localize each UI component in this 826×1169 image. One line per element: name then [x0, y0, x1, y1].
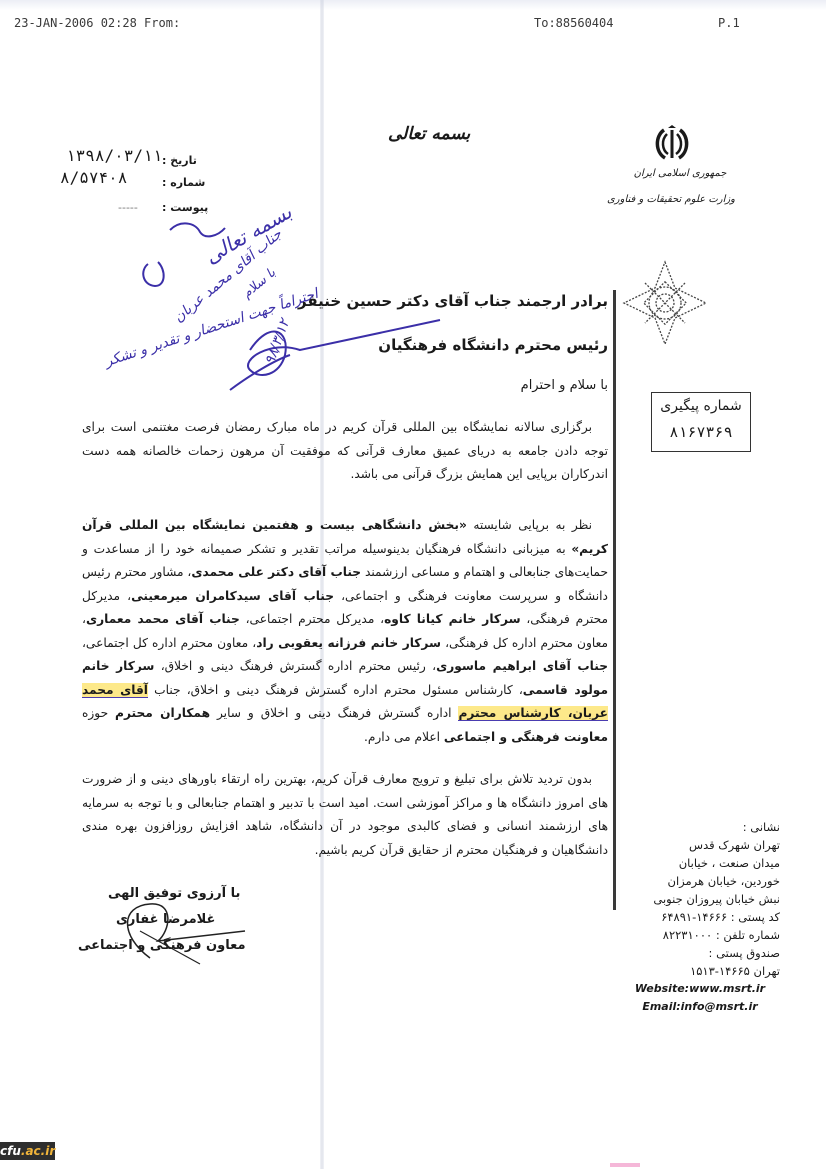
department-name: معاونت فرهنگی و اجتماعی: [444, 730, 608, 744]
badge-suffix: .ac.ir: [21, 1144, 55, 1158]
text-run: اعلام می دارم.: [364, 730, 444, 744]
website-link[interactable]: Website:www.msrt.ir: [620, 980, 780, 998]
letterhead-country: جمهوری اسلامی ایران: [620, 168, 740, 179]
person-name: جناب آقای دکتر علی محمدی: [191, 565, 361, 579]
scan-edge-mark: [610, 1163, 640, 1167]
besmeh-heading: بسمه تعالی: [388, 124, 470, 144]
address-line: تهران شهرک قدس: [620, 836, 780, 854]
text-run: همکاران محترم: [115, 706, 210, 720]
arabesque-ornament-icon: [620, 258, 710, 348]
person-name: سرکار خانم فرزانه یعقوبی راد: [256, 636, 441, 650]
text-run: ، کارشناس مسئول محترم اداره گسترش فرهنگ …: [148, 683, 523, 697]
ministry-address: نشانی : تهران شهرک قدس میدان صنعت ، خیاب…: [620, 818, 780, 1016]
person-name: جناب آقای محمد معماری: [86, 612, 240, 626]
text-run: اداره گسترش فرهنگ دینی و اخلاق و سایر: [210, 706, 458, 720]
tracking-label: شماره پیگیری: [652, 393, 750, 419]
letterhead-ministry: وزارت علوم تحقیقات و فناوری: [596, 194, 746, 205]
paragraph-appreciation: نظر به برپایی شایسته «بخش دانشگاهی بیست …: [82, 514, 608, 749]
fax-page-number: P.1: [718, 16, 740, 30]
person-name: جناب آقای ابراهیم ماسوری: [436, 659, 608, 673]
text-run: ، مدیرکل محترم اجتماعی،: [240, 612, 384, 626]
po-box-label: صندوق پستی :: [620, 944, 780, 962]
badge-prefix: cfu: [0, 1144, 21, 1158]
scan-top-edge: [0, 0, 826, 10]
vertical-rule: [613, 290, 616, 910]
phone-number: شماره تلفن : ۸۲۲۳۱۰۰۰: [620, 926, 780, 944]
text-run: نظر به برپایی شایسته: [467, 518, 592, 532]
date-label: تاریخ :: [162, 154, 197, 167]
fax-header: 23-JAN-2006 02:28 From: To:88560404 P.1: [0, 12, 826, 32]
postal-code: کد پستی : ۱۴۶۶۶-۶۴۸۹۱: [620, 908, 780, 926]
number-label: شماره :: [162, 176, 205, 189]
address-line: خوردین، خیابان هرمزان: [620, 872, 780, 890]
iran-emblem-icon: [652, 124, 692, 164]
tracking-number: ۸۱۶۷۳۶۹: [652, 419, 750, 445]
addressee-title: رئیس محترم دانشگاه فرهنگیان: [378, 336, 608, 354]
po-box: تهران ۱۴۶۶۵-۱۵۱۳: [620, 962, 780, 980]
site-watermark-badge: cfu.ac.ir: [0, 1142, 55, 1160]
addressee-name: برادر ارجمند جناب آقای دکتر حسین خنیفر: [298, 292, 608, 310]
address-line: میدان صنعت ، خیابان: [620, 854, 780, 872]
paragraph-closing: بدون تردید تلاش برای تبلیغ و ترویج معارف…: [82, 768, 608, 862]
fax-to-number: To:88560404: [534, 16, 613, 30]
email-link[interactable]: Email:info@msrt.ir: [620, 998, 780, 1016]
text-run: ، رئیس محترم اداره گسترش فرهنگ دینی و اخ…: [154, 659, 436, 673]
text-run: حوزه: [82, 706, 115, 720]
address-label: نشانی :: [620, 818, 780, 836]
address-line: نبش خیابان پیروزان جنوبی: [620, 890, 780, 908]
greeting: با سلام و احترام: [521, 378, 608, 393]
text-run: ، معاون محترم اداره کل اجتماعی،: [82, 636, 256, 650]
fax-datetime-from: 23-JAN-2006 02:28 From:: [14, 16, 180, 30]
person-name: سرکار خانم کیانا کاوه: [384, 612, 520, 626]
signature-scribble-icon: [80, 896, 250, 966]
paragraph-intro: برگزاری سالانه نمایشگاه بین المللی قرآن …: [82, 416, 608, 487]
date-value: ۱۳۹۸/۰۳/۱۱: [66, 146, 162, 165]
tracking-number-box: شماره پیگیری ۸۱۶۷۳۶۹: [651, 392, 751, 452]
person-name: جناب آقای سیدکامران میرمعینی: [131, 589, 334, 603]
number-value: ۸/۵۷۴۰۸: [60, 168, 127, 187]
